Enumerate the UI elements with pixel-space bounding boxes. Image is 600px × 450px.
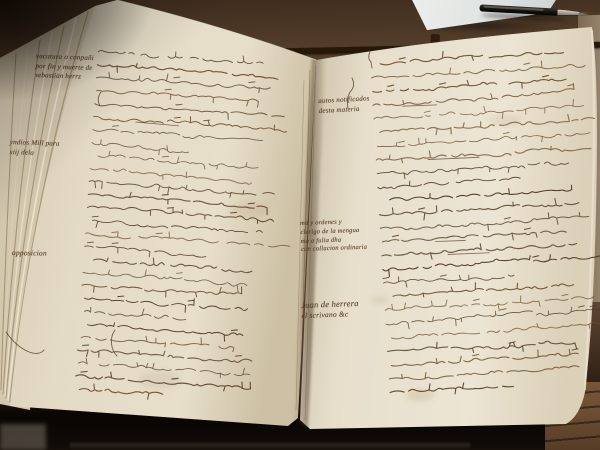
- handwriting-line: [376, 141, 591, 164]
- handwriting-underline: [135, 122, 179, 126]
- margin-note-opposicion: opposicion: [12, 248, 47, 258]
- handwriting-line: [88, 189, 268, 215]
- handwriting-line: [382, 238, 577, 262]
- handwriting-line: [91, 216, 262, 239]
- margin-note-line: el scrivano &c: [301, 308, 359, 319]
- handwriting-line: [97, 61, 278, 84]
- handwriting-line: [84, 241, 206, 261]
- handwriting-line: [78, 357, 250, 380]
- handwriting-line: [390, 379, 514, 398]
- handwriting-line: [372, 83, 574, 107]
- photo-scene: vacatura o conpañi por fin y muerte de s…: [0, 0, 600, 450]
- handwriting-line: [391, 348, 579, 367]
- margin-note-ordenes: md y ordenes y clerigo de la mengua ma a…: [300, 218, 367, 255]
- handwriting-line: [383, 251, 600, 276]
- handwriting-line: [82, 276, 243, 303]
- handwriting-line: [380, 113, 595, 138]
- handwriting-line: [87, 320, 243, 343]
- handwriting-line: [75, 370, 251, 393]
- margin-note-yndios: yndios Mill para xiij dela: [9, 138, 60, 159]
- handwriting-line: [79, 383, 163, 400]
- handwriting-line: [82, 265, 247, 292]
- handwriting-line: [391, 320, 600, 340]
- handwriting-line: [389, 185, 571, 202]
- handwriting-line: [93, 124, 263, 144]
- margin-note-line: Juan de herrera: [301, 299, 359, 310]
- margin-note-line: xiij dela: [9, 147, 59, 158]
- left-page-text: [73, 42, 298, 425]
- handwriting-underline: [435, 240, 466, 243]
- margin-note-autos: autos notificados desta materia: [318, 94, 370, 116]
- handwriting-line: [96, 69, 270, 93]
- handwriting-line: [77, 344, 252, 368]
- margin-note-escribano: Juan de herrera el scrivano &c: [301, 299, 359, 320]
- handwriting-line: [372, 74, 566, 97]
- handwriting-line: [93, 254, 252, 273]
- handwriting-line: [96, 84, 259, 107]
- handwriting-line: [377, 128, 590, 152]
- handwriting-line: [377, 161, 569, 181]
- right-page-text: [370, 41, 600, 405]
- margin-note-vacancy: vacatura o conpañi por fin y muerte de s…: [35, 52, 94, 83]
- margin-note-line: opposicion: [12, 248, 47, 258]
- handwriting-line: [90, 165, 252, 185]
- handwriting-line: [389, 363, 579, 381]
- handwriting-line: [91, 139, 189, 157]
- handwriting-line: [84, 305, 186, 321]
- handwriting-line: [383, 270, 514, 289]
- handwriting-line: [378, 175, 521, 190]
- handwriting-line: [94, 98, 284, 123]
- handwriting-line: [371, 58, 585, 79]
- handwriting-line: [387, 334, 576, 360]
